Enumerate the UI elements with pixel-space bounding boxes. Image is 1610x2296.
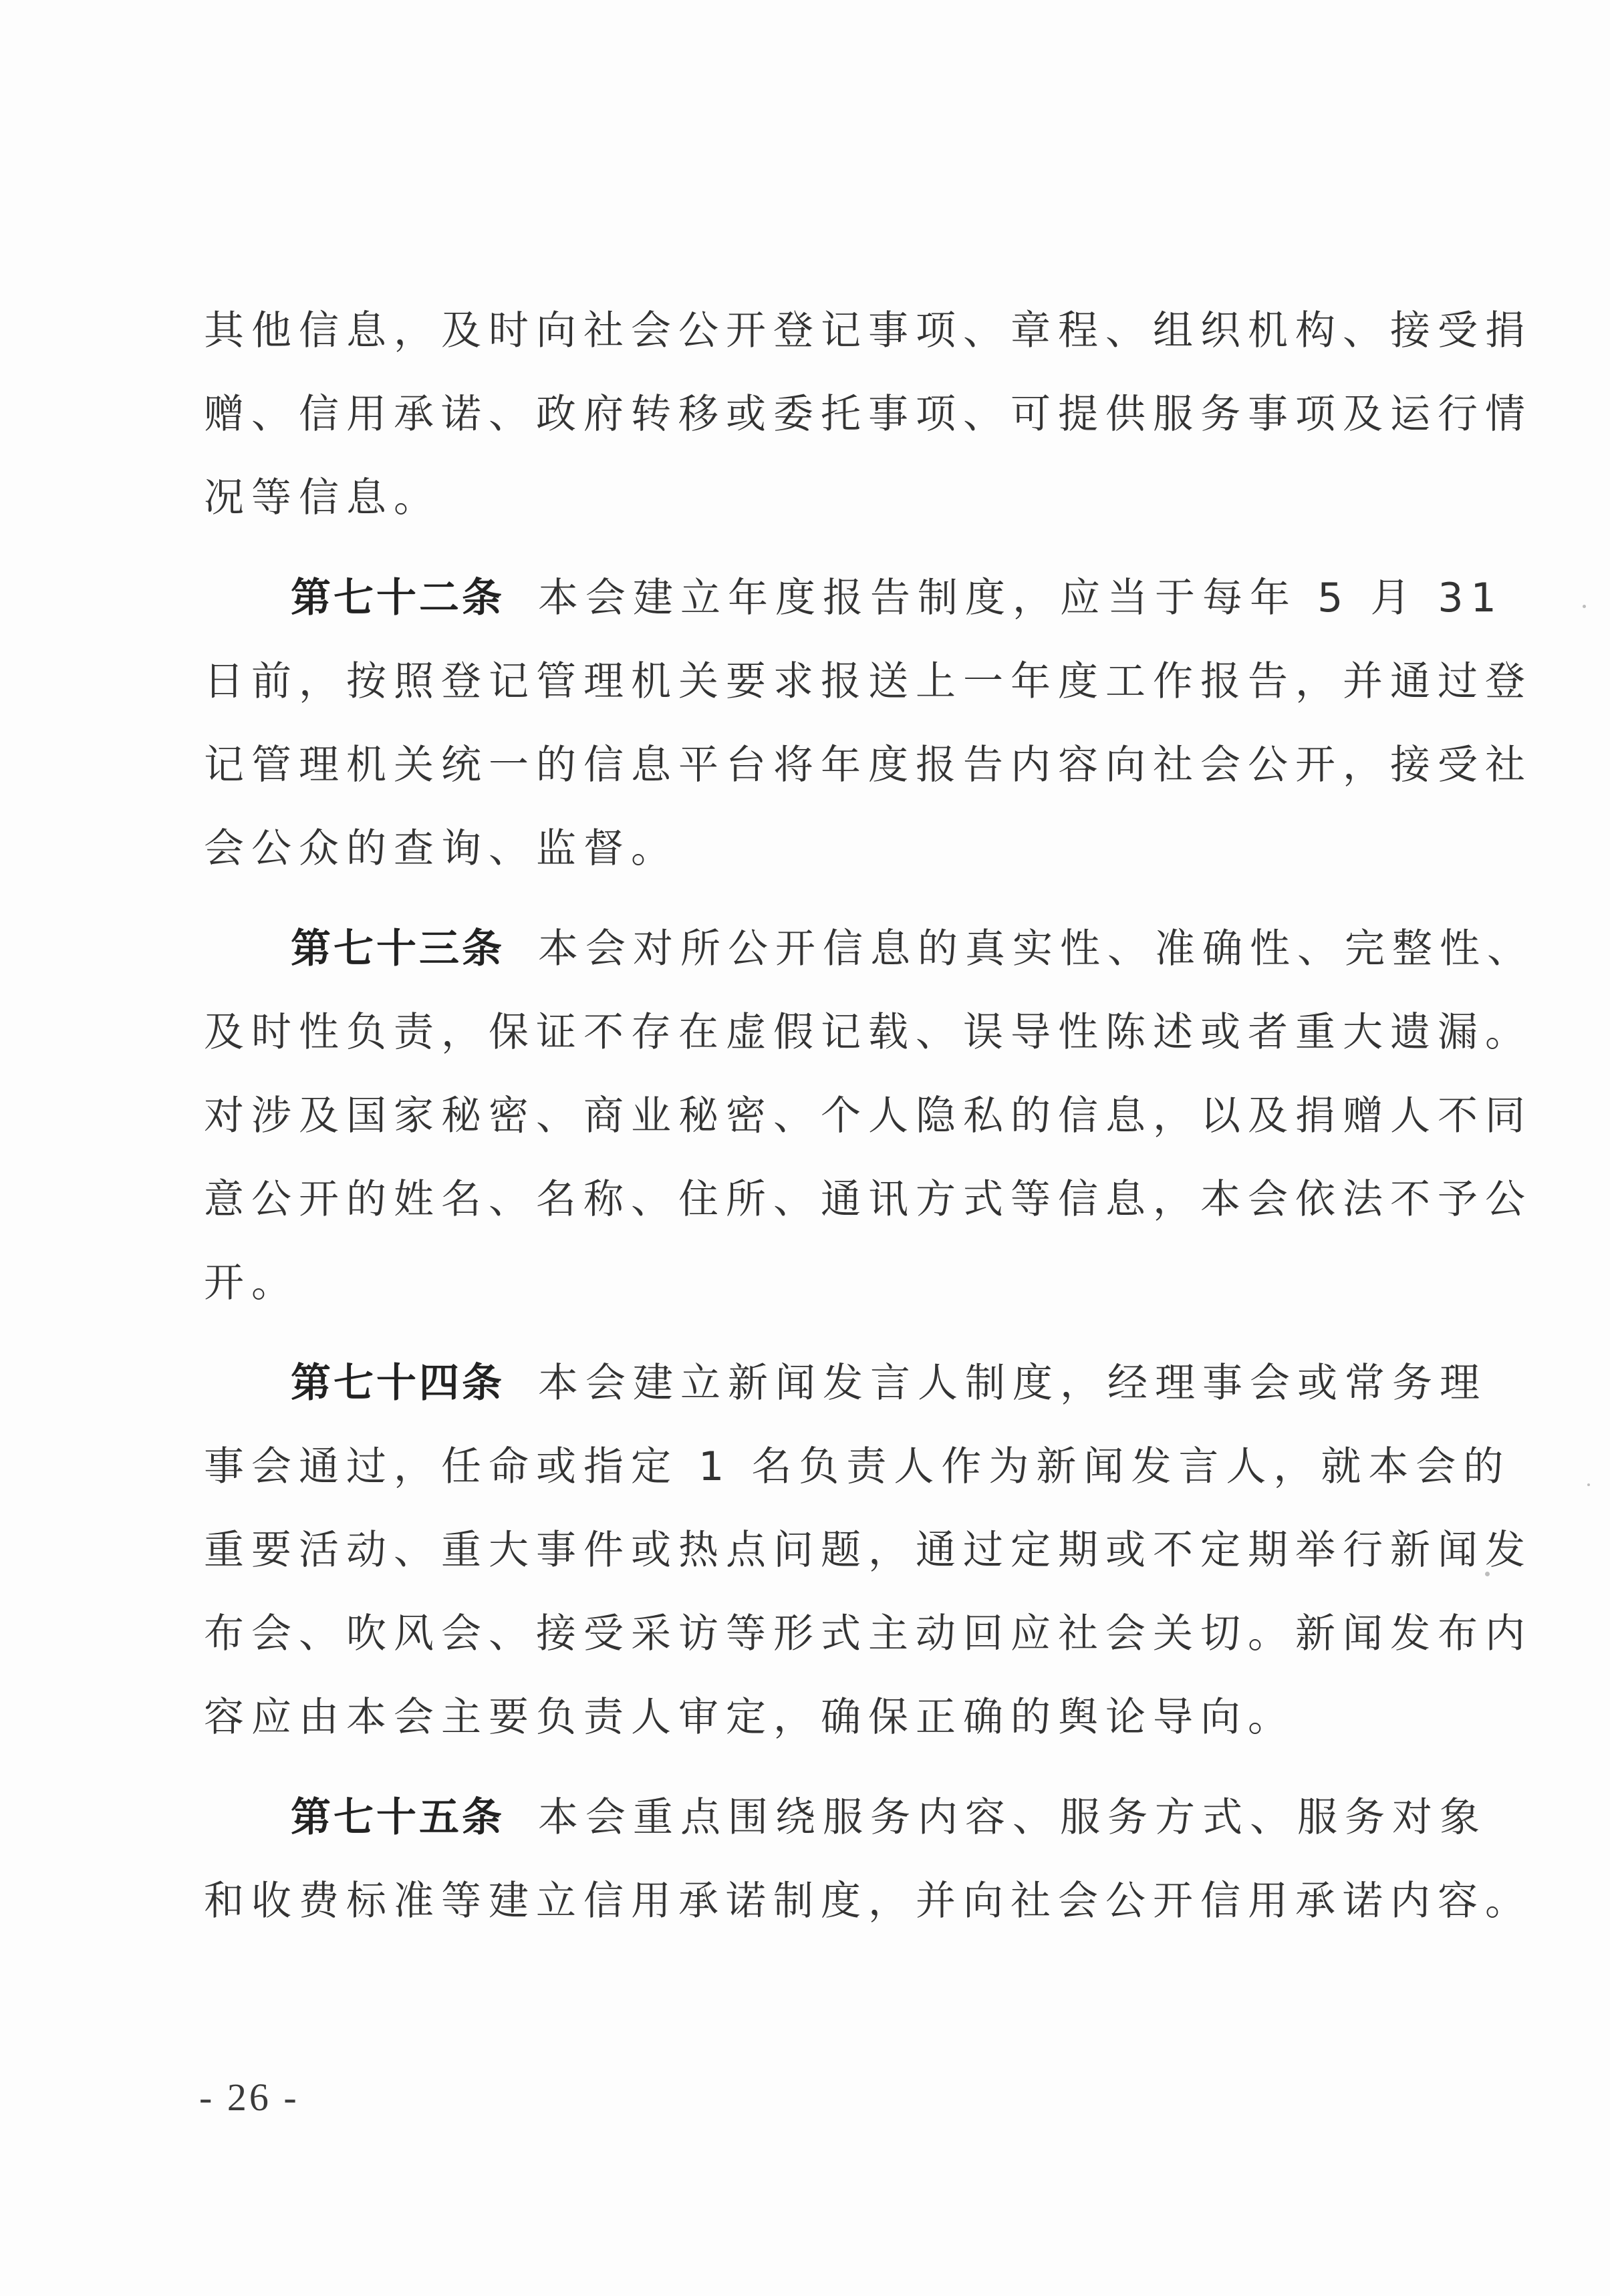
- text-line: 开。: [204, 1246, 1427, 1320]
- text-line: 会公众的查询、监督。: [204, 812, 1427, 885]
- article-heading: 第七十三条: [291, 925, 505, 972]
- article-heading: 第七十二条: [291, 575, 505, 621]
- article-text: 本会建立年度报告制度，应当于每年 5 月 31: [538, 575, 1504, 621]
- article-text: 本会对所公开信息的真实性、准确性、完整性、: [538, 925, 1534, 972]
- text-line: 重要活动、重大事件或热点问题，通过定期或不定期举行新闻发: [204, 1514, 1427, 1587]
- text-line: 况等信息。: [204, 461, 1427, 535]
- text-line: 布会、吹风会、接受采访等形式主动回应社会关切。新闻发布内: [204, 1597, 1427, 1671]
- text-line: 事会通过，任命或指定 1 名负责人作为新闻发言人，就本会的: [204, 1430, 1427, 1503]
- article-heading: 第七十五条: [291, 1794, 505, 1841]
- text-line: 其他信息，及时向社会公开登记事项、章程、组织机构、接受捐: [204, 294, 1427, 368]
- text-line: 和收费标准等建立信用承诺制度，并向社会公开信用承诺内容。: [204, 1864, 1427, 1938]
- text-line: 赠、信用承诺、政府转移或委托事项、可提供服务事项及运行情: [204, 378, 1427, 451]
- article-first-line: 第七十二条本会建立年度报告制度，应当于每年 5 月 31: [291, 561, 1427, 635]
- scan-speck: [1485, 1572, 1490, 1576]
- article-first-line: 第七十三条本会对所公开信息的真实性、准确性、完整性、: [291, 912, 1427, 986]
- scan-speck: [1587, 1483, 1590, 1486]
- text-line: 及时性负责，保证不存在虚假记载、误导性陈述或者重大遗漏。: [204, 996, 1427, 1069]
- text-line: 记管理机关统一的信息平台将年度报告内容向社会公开，接受社: [204, 728, 1427, 802]
- article-heading: 第七十四条: [291, 1360, 505, 1407]
- article-first-line: 第七十五条本会重点围绕服务内容、服务方式、服务对象: [291, 1781, 1427, 1854]
- text-line: 意公开的姓名、名称、住所、通讯方式等信息，本会依法不予公: [204, 1163, 1427, 1236]
- document-page: 其他信息，及时向社会公开登记事项、章程、组织机构、接受捐 赠、信用承诺、政府转移…: [0, 0, 1610, 2296]
- text-line: 日前，按照登记管理机关要求报送上一年度工作报告，并通过登: [204, 645, 1427, 718]
- article-text: 本会重点围绕服务内容、服务方式、服务对象: [538, 1794, 1487, 1841]
- scan-speck: [1583, 605, 1586, 608]
- article-first-line: 第七十四条本会建立新闻发言人制度，经理事会或常务理: [291, 1346, 1427, 1420]
- text-line: 容应由本会主要负责人审定，确保正确的舆论导向。: [204, 1681, 1427, 1754]
- article-text: 本会建立新闻发言人制度，经理事会或常务理: [538, 1360, 1487, 1407]
- text-line: 对涉及国家秘密、商业秘密、个人隐私的信息，以及捐赠人不同: [204, 1079, 1427, 1153]
- page-number: - 26 -: [199, 2075, 299, 2120]
